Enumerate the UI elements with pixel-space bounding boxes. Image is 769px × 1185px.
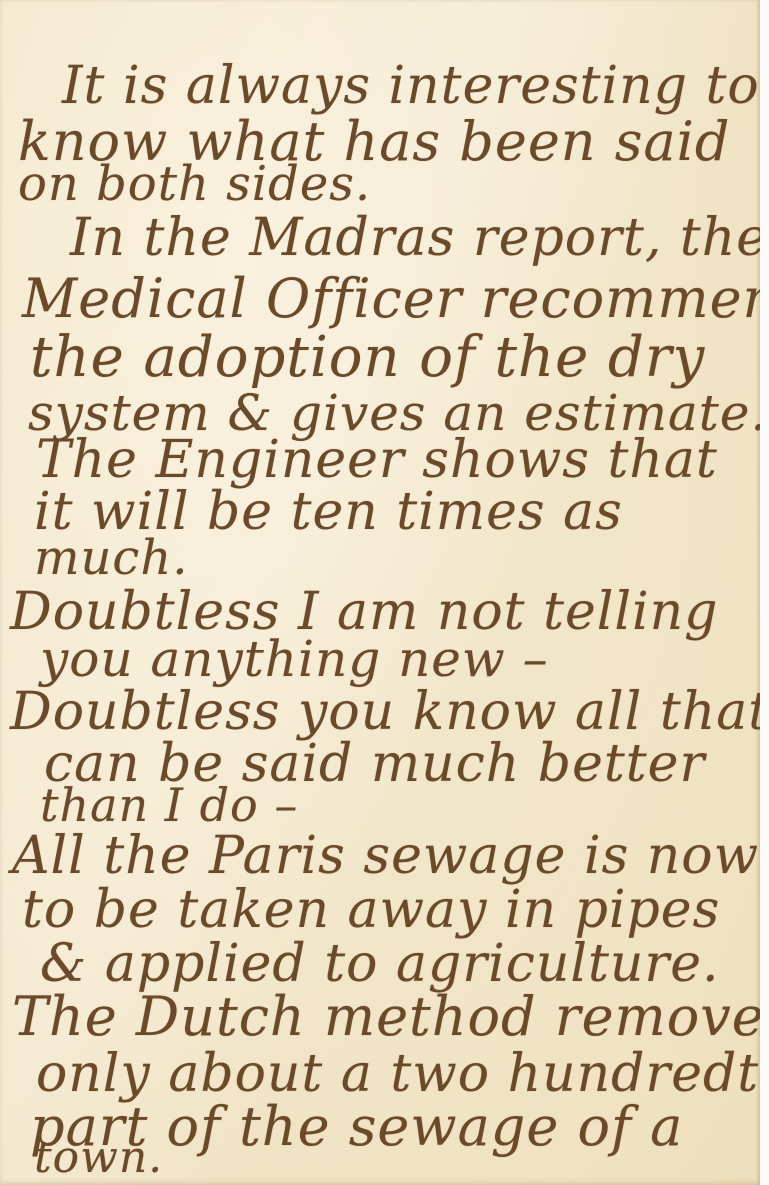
text-line: you anything new – [40,634,549,684]
text-line: Medical Officer recommends [22,272,769,326]
letter-page: It is always interesting to know what ha… [0,0,760,1185]
text-line: to be taken away in pipes [22,884,720,936]
text-line: on both sides. [18,160,371,208]
text-line: All the Paris sewage is now [12,830,759,882]
text-line: It is always interesting to [62,60,760,112]
text-line: The Dutch method removes [12,990,769,1044]
text-line: town. [34,1136,163,1180]
text-line: only about a two hundredth [36,1048,769,1100]
text-line: The Engineer shows that [36,434,718,486]
text-line: the adoption of the dry [30,330,705,386]
text-line: much. [34,534,188,582]
scan-edge [760,0,769,1185]
text-line: Doubtless you know all that [10,686,769,738]
text-line: than I do – [40,782,298,828]
text-line: In the Madras report, the [70,212,768,264]
text-line: & applied to agriculture. [40,938,720,990]
